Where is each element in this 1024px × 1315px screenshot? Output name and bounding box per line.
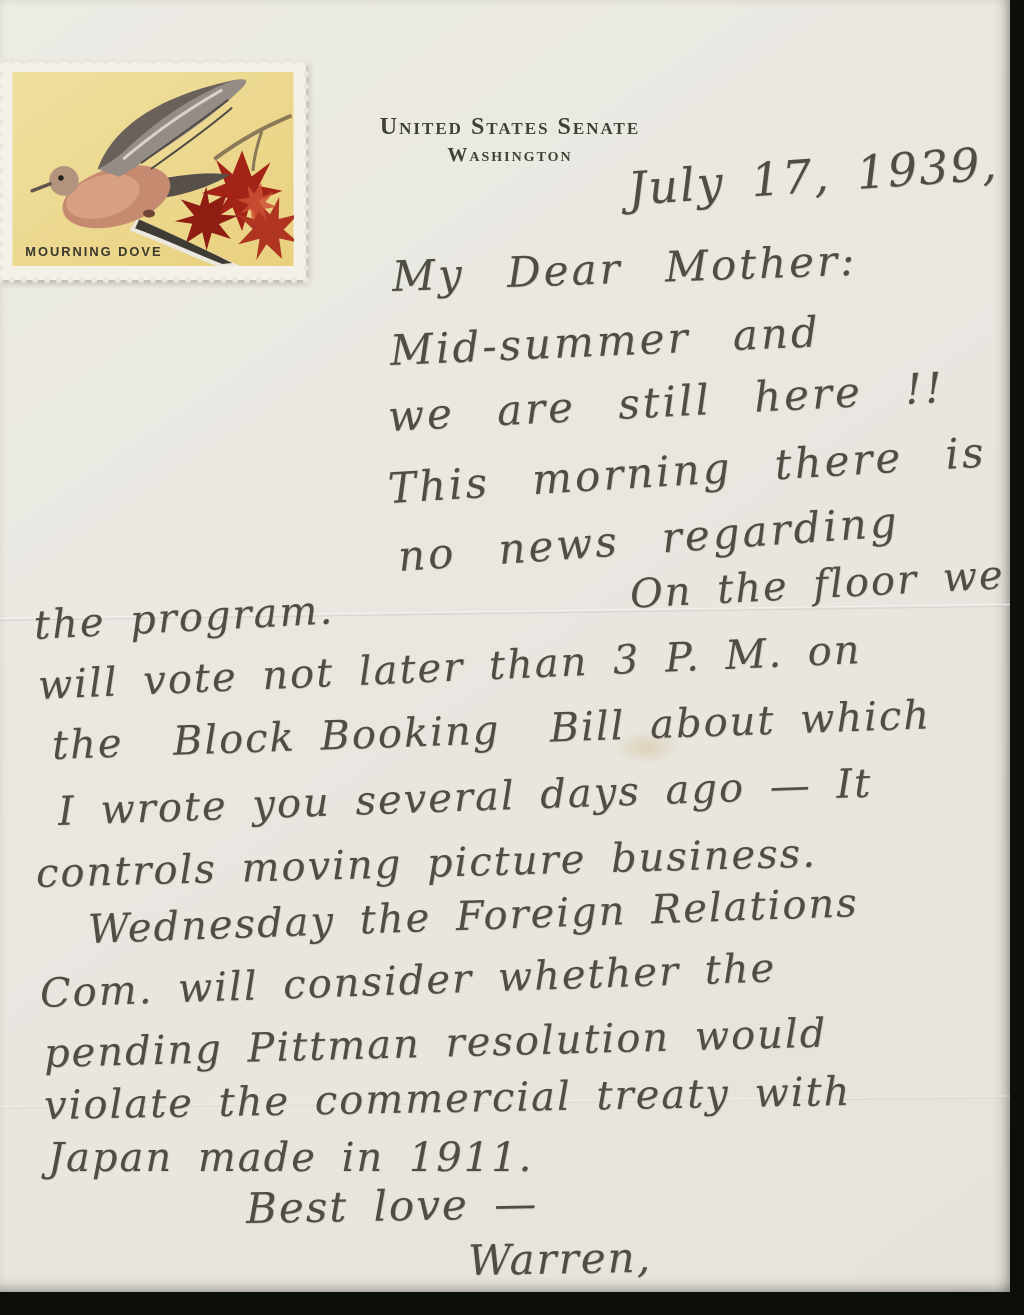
- scanner-background-right: [1010, 0, 1024, 1315]
- dove-illustration-icon: MOURNING DOVE: [12, 72, 294, 266]
- letter-line: Japan made in 1911.: [48, 1138, 533, 1178]
- scanner-background-bottom: [0, 1292, 1024, 1315]
- scanned-letter-page: MOURNING DOVE United States Senate Washi…: [0, 0, 1024, 1315]
- letterhead-line1: United States Senate: [340, 114, 680, 141]
- closing-line: Best love —: [246, 1183, 539, 1230]
- mourning-dove-stamp: MOURNING DOVE: [0, 62, 306, 280]
- letterhead: United States Senate Washington: [340, 114, 680, 167]
- signature: Warren,: [468, 1237, 653, 1282]
- stamp-caption: MOURNING DOVE: [25, 244, 162, 259]
